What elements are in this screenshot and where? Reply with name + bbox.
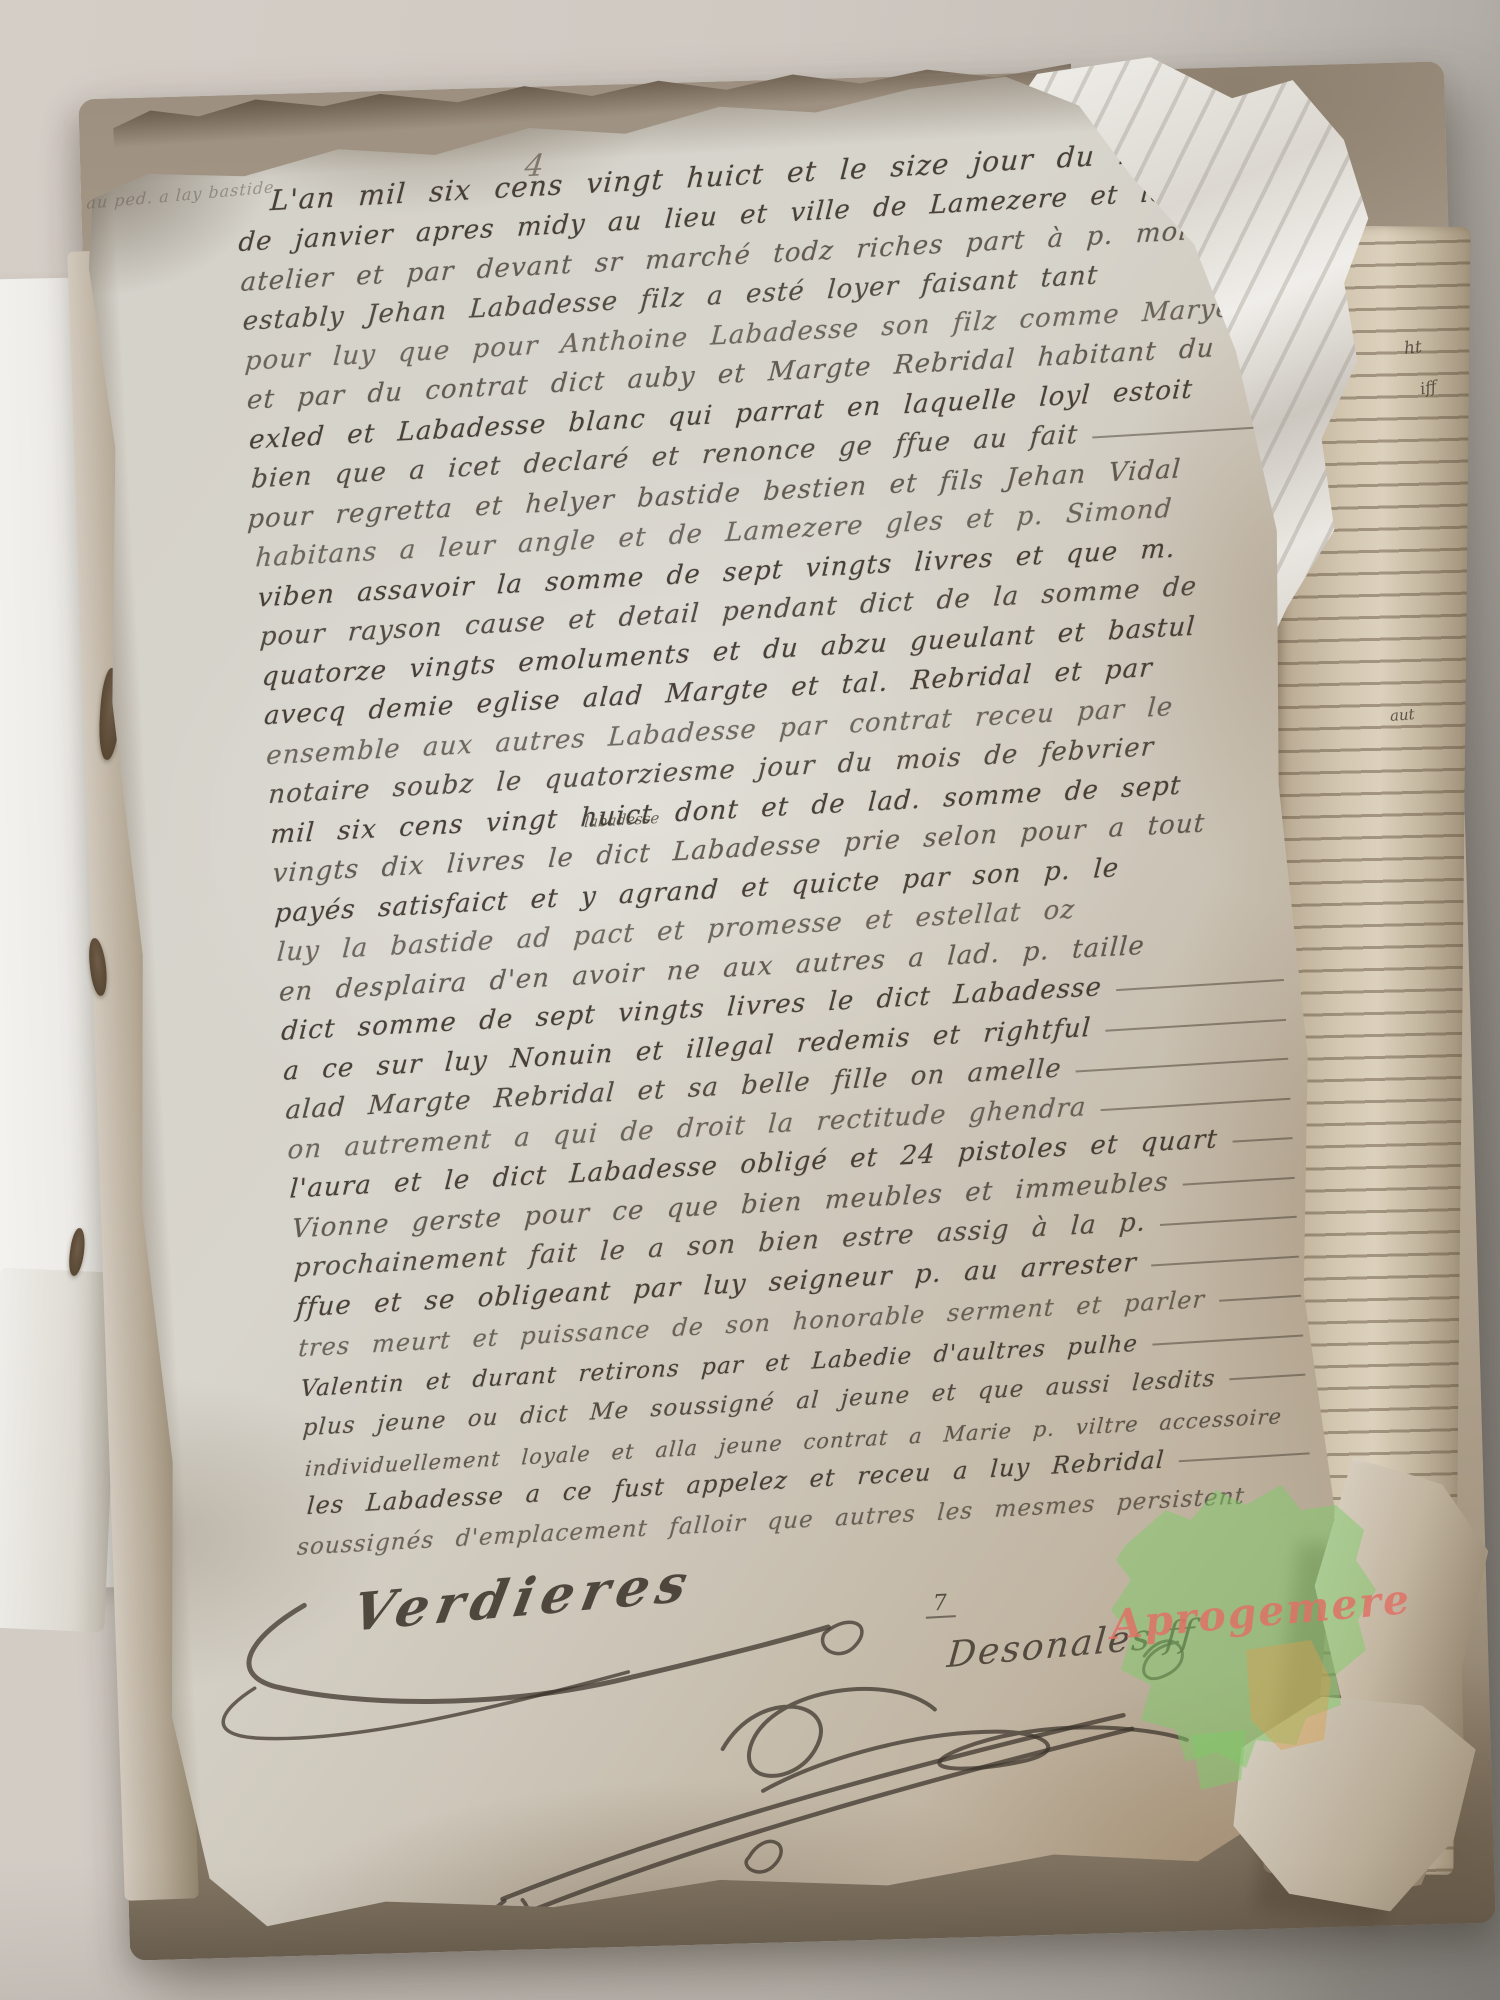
signature-mark: 7 [924, 1590, 955, 1619]
signature-desonales: Desonales ff [945, 1613, 1197, 1676]
manuscript-page: 4 L'an mil six cens vingt huict et le si… [74, 59, 1366, 1935]
handwritten-text-block: L'an mil six cens vingt huict et le size… [235, 125, 1312, 1560]
edge-ink-fragment: ht [1403, 337, 1423, 359]
loose-white-sheet-corner [0, 1268, 120, 1633]
photo-of-manuscript: ht iff aut 4 L'an mil six cens vingt hui… [0, 0, 1500, 2000]
signature-verdieres: Verdieres [347, 1552, 699, 1644]
edge-ink-fragment: aut [1389, 705, 1415, 725]
edge-ink-fragment: iff [1418, 377, 1438, 399]
